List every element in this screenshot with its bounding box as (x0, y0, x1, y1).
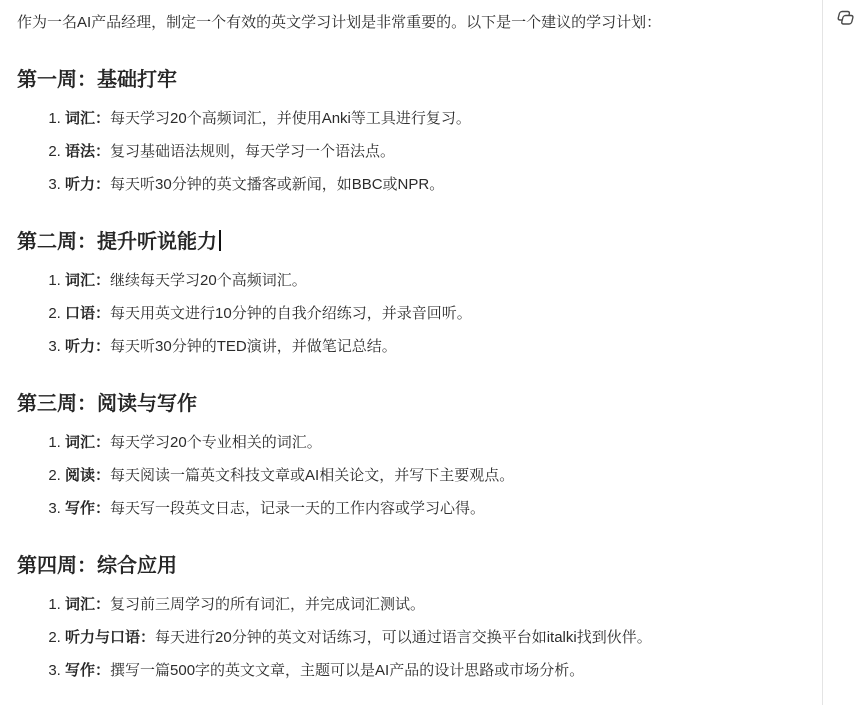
item-text: 复习基础语法规则，每天学习一个语法点。 (110, 143, 395, 160)
section-heading-week4-text: 第四周：综合应用 (17, 555, 177, 577)
item-text: 每天学习20个高频词汇，并使用Anki等工具进行复习。 (110, 110, 471, 127)
week1-list: 词汇：每天学习20个高频词汇，并使用Anki等工具进行复习。 语法：复习基础语法… (17, 108, 807, 195)
item-text: 继续每天学习20个高频词汇。 (110, 272, 307, 289)
item-term: 词汇： (65, 596, 110, 613)
item-text: 每天进行20分钟的英文对话练习，可以通过语言交换平台如italki找到伙伴。 (155, 629, 652, 646)
list-item: 写作：每天写一段英文日志，记录一天的工作内容或学习心得。 (65, 498, 807, 519)
text-cursor (219, 230, 221, 251)
editor-window: 作为一名AI产品经理，制定一个有效的英文学习计划是非常重要的。以下是一个建议的学… (0, 0, 857, 705)
item-term: 词汇： (65, 272, 110, 289)
list-item: 语法：复习基础语法规则，每天学习一个语法点。 (65, 141, 807, 162)
section-heading-week2: 第二周：提升听说能力 (17, 228, 807, 256)
item-term: 词汇： (65, 434, 110, 451)
item-text: 每天阅读一篇英文科技文章或AI相关论文，并写下主要观点。 (110, 467, 514, 484)
copy-button[interactable] (832, 5, 856, 29)
item-text: 每天听30分钟的英文播客或新闻，如BBC或NPR。 (110, 176, 444, 193)
section-heading-week4: 第四周：综合应用 (17, 552, 807, 580)
vertical-divider (822, 0, 823, 705)
item-term: 口语： (65, 305, 110, 322)
section-heading-week2-text: 第二周：提升听说能力 (17, 231, 217, 253)
list-item: 口语：每天用英文进行10分钟的自我介绍练习，并录音回听。 (65, 303, 807, 324)
list-item: 听力：每天听30分钟的英文播客或新闻，如BBC或NPR。 (65, 174, 807, 195)
item-term: 写作： (65, 662, 110, 679)
list-item: 阅读：每天阅读一篇英文科技文章或AI相关论文，并写下主要观点。 (65, 465, 807, 486)
item-text: 撰写一篇500字的英文文章，主题可以是AI产品的设计思路或市场分析。 (110, 662, 584, 679)
item-term: 听力： (65, 176, 110, 193)
item-text: 每天学习20个专业相关的词汇。 (110, 434, 322, 451)
list-item: 词汇：每天学习20个高频词汇，并使用Anki等工具进行复习。 (65, 108, 807, 129)
item-text: 每天写一段英文日志，记录一天的工作内容或学习心得。 (110, 500, 485, 517)
item-term: 听力： (65, 338, 110, 355)
document-canvas[interactable]: 作为一名AI产品经理，制定一个有效的英文学习计划是非常重要的。以下是一个建议的学… (17, 12, 807, 693)
week4-list: 词汇：复习前三周学习的所有词汇，并完成词汇测试。 听力与口语：每天进行20分钟的… (17, 594, 807, 681)
list-item: 听力与口语：每天进行20分钟的英文对话练习，可以通过语言交换平台如italki找… (65, 627, 807, 648)
copy-icon (833, 6, 855, 28)
list-item: 词汇：复习前三周学习的所有词汇，并完成词汇测试。 (65, 594, 807, 615)
week3-list: 词汇：每天学习20个专业相关的词汇。 阅读：每天阅读一篇英文科技文章或AI相关论… (17, 432, 807, 519)
section-heading-week1: 第一周：基础打牢 (17, 66, 807, 94)
item-term: 听力与口语： (65, 629, 155, 646)
item-text: 每天听30分钟的TED演讲，并做笔记总结。 (110, 338, 397, 355)
section-heading-week3: 第三周：阅读与写作 (17, 390, 807, 418)
list-item: 听力：每天听30分钟的TED演讲，并做笔记总结。 (65, 336, 807, 357)
item-term: 写作： (65, 500, 110, 517)
item-term: 语法： (65, 143, 110, 160)
week2-list: 词汇：继续每天学习20个高频词汇。 口语：每天用英文进行10分钟的自我介绍练习，… (17, 270, 807, 357)
item-term: 阅读： (65, 467, 110, 484)
list-item: 写作：撰写一篇500字的英文文章，主题可以是AI产品的设计思路或市场分析。 (65, 660, 807, 681)
intro-paragraph: 作为一名AI产品经理，制定一个有效的英文学习计划是非常重要的。以下是一个建议的学… (17, 12, 807, 33)
item-term: 词汇： (65, 110, 110, 127)
list-item: 词汇：继续每天学习20个高频词汇。 (65, 270, 807, 291)
item-text: 复习前三周学习的所有词汇，并完成词汇测试。 (110, 596, 425, 613)
section-heading-week1-text: 第一周：基础打牢 (17, 69, 177, 91)
item-text: 每天用英文进行10分钟的自我介绍练习，并录音回听。 (110, 305, 472, 322)
list-item: 词汇：每天学习20个专业相关的词汇。 (65, 432, 807, 453)
section-heading-week3-text: 第三周：阅读与写作 (17, 393, 197, 415)
